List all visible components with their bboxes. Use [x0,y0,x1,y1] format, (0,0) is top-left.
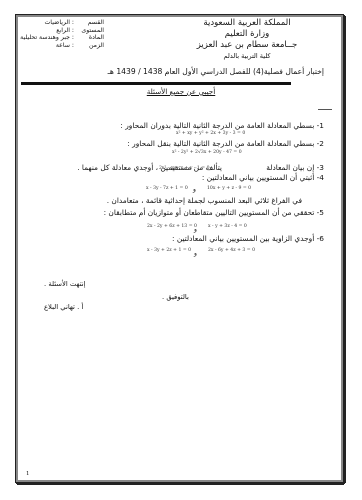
question-1-text: 1- بسطي المعادلة العامة من الدرجة الثاني… [120,121,324,130]
short-divider [318,109,332,110]
header-divider [21,82,291,85]
question-5-equation-a: 2x - 2y + 6z + 13 = 0 [147,224,197,229]
info-label: القسم [74,19,104,27]
conjunction-and: و [194,226,197,233]
question-3-equation: 2x² - xy - x + y - 1 = 0 [159,166,210,171]
teacher-name: أ . تهاني البلاع [44,303,83,311]
info-row-level: المستوى : الرابع [4,27,104,35]
page-number: 1 [26,471,30,477]
info-value: : جبر وهندسة تحليلية [20,34,74,42]
info-label: المادة [74,34,104,42]
question-5-text: 5- تحققي من أن المستويين التاليين متقاطع… [104,208,324,217]
country-name: المملكة العربية السعودية [172,18,322,29]
exam-title: إختبار أعمال فصلية(4) للفصل الدراسي الأو… [50,67,324,76]
course-info: القسم : الرياضيات المستوى : الرابع الماد… [4,19,104,49]
info-label: المستوى [74,27,104,35]
college-name: كلية التربية بالدلم [172,51,322,62]
info-value: : ساعة [56,42,74,50]
question-4-text: 4- أثبتي أن المستويين بياني المعادلتين : [202,173,324,182]
question-4-equation-a: x - 3y - 7z + 1 = 0 [146,186,188,191]
institution-header: المملكة العربية السعودية وزارة التعليم ج… [172,18,322,62]
info-row-subject: المادة : جبر وهندسة تحليلية [4,34,104,42]
info-value: : الرابع [56,27,74,35]
question-4-equation-b: 10x + y + z - 9 = 0 [207,186,251,191]
info-row-department: القسم : الرياضيات [4,19,104,27]
conjunction-and: و [193,186,196,193]
question-3-text-before: 3- إن بيان المعادلة [266,163,324,172]
info-label: الزمن [74,42,104,50]
question-1-equation: x² + xy + y² + 2x + 3y - 3 = 0 [176,131,245,136]
info-value: : الرياضيات [44,19,74,27]
question-6-text: 6- أوجدي الزاوية بين المستويين بياني الم… [172,234,324,243]
question-6-equation-a: x - 3y + 2z + 1 = 0 [147,248,191,253]
university-name: جــامعة سطام بن عبد العزيز [172,40,322,51]
question-4-text-after: في الفراغ ثلاثي البعد المنسوب لجملة إحدا… [107,196,302,205]
info-row-time: الزمن : ساعة [4,42,104,50]
question-6-equation-b: 2x - 6y + 4z + 3 = 0 [208,248,255,253]
question-2-text: 2- بسطي المعادلة العامة من الدرجة الثاني… [127,139,324,148]
conjunction-and: و [194,250,197,257]
question-5-equation-b: x - y + 3z - 4 = 0 [208,224,247,229]
end-of-questions: إنتهت الأسئلة . [44,280,86,288]
question-2-equation: x² - 2y² + 2√3x + 20y - 47 = 0 [172,150,242,155]
ministry-name: وزارة التعليم [172,29,322,40]
good-luck: بالتوفيق . [162,293,189,301]
instruction: أجيبي عن جميع الأسئلة [60,87,302,96]
